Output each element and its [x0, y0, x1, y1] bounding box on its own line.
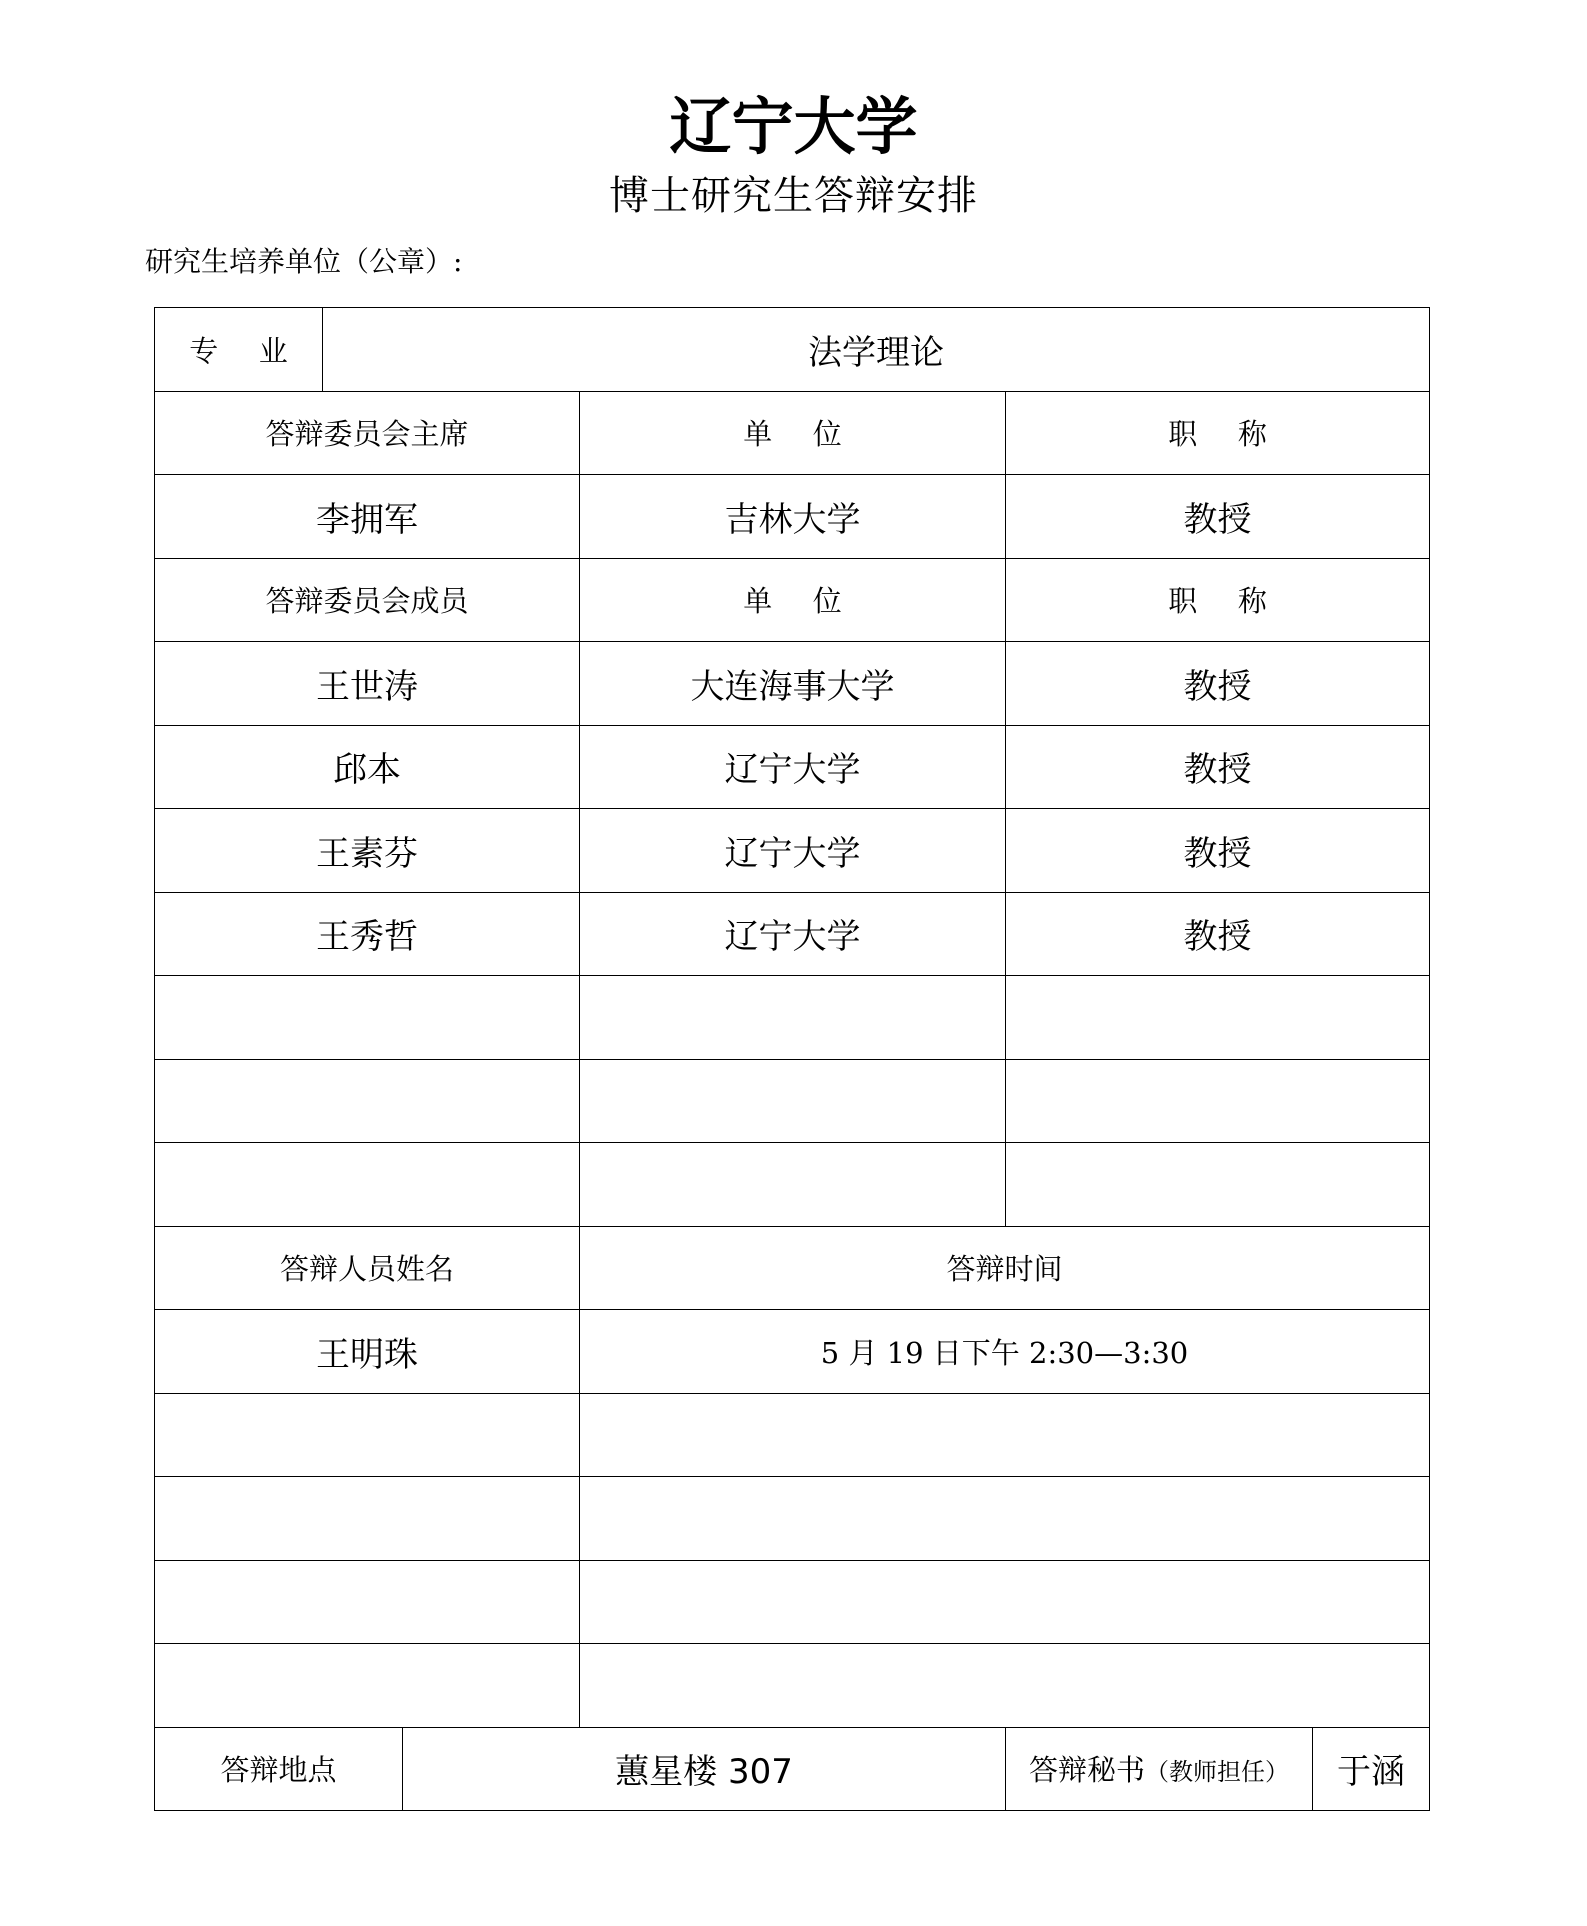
unit-header-a: 单 — [743, 417, 772, 451]
members-title-header: 职称 — [1006, 558, 1430, 642]
defense-arrangement-table: 专业 法学理论 答辩委员会主席 单位 职称 李拥军 吉林大学 教授 答辩委员会成… — [154, 307, 1430, 1811]
member-title — [1006, 976, 1430, 1060]
secretary-label: 答辩秘书（教师担任） — [1006, 1727, 1313, 1811]
member-name — [155, 1143, 580, 1227]
chair-unit: 吉林大学 — [580, 475, 1006, 559]
candidate-name — [155, 1560, 580, 1644]
location-value: 蕙星楼 307 — [403, 1727, 1006, 1811]
member-title: 教授 — [1006, 725, 1430, 809]
member-row-empty — [155, 976, 1430, 1060]
member-title: 教授 — [1006, 642, 1430, 726]
member-name: 王素芬 — [155, 809, 580, 893]
defense-time — [580, 1477, 1430, 1561]
member-title: 教授 — [1006, 892, 1430, 976]
candidates-header-row: 答辩人员姓名 答辩时间 — [155, 1226, 1430, 1310]
major-label-b: 业 — [259, 334, 288, 368]
defense-time-header: 答辩时间 — [580, 1226, 1430, 1310]
candidate-row-empty — [155, 1477, 1430, 1561]
major-row: 专业 法学理论 — [155, 308, 1430, 392]
candidate-row: 王明珠 5 月 19 日下午 2:30—3:30 — [155, 1310, 1430, 1394]
member-row-empty — [155, 1143, 1430, 1227]
secretary-label-text: 答辩秘书 — [1029, 1753, 1145, 1787]
candidate-row-empty — [155, 1560, 1430, 1644]
member-unit: 辽宁大学 — [580, 892, 1006, 976]
member-row: 王世涛 大连海事大学 教授 — [155, 642, 1430, 726]
chair-title-header: 职称 — [1006, 391, 1430, 475]
defense-time — [580, 1560, 1430, 1644]
title-header-a: 职 — [1168, 417, 1197, 451]
candidate-row-empty — [155, 1644, 1430, 1728]
members-unit-header: 单位 — [580, 558, 1006, 642]
member-unit: 辽宁大学 — [580, 809, 1006, 893]
candidate-name-header: 答辩人员姓名 — [155, 1226, 580, 1310]
footer-row: 答辩地点 蕙星楼 307 答辩秘书（教师担任） 于涵 — [155, 1727, 1430, 1811]
title-header-b: 称 — [1238, 584, 1267, 618]
candidate-name — [155, 1644, 580, 1728]
member-unit: 大连海事大学 — [580, 642, 1006, 726]
chair-unit-header: 单位 — [580, 391, 1006, 475]
location-room: 307 — [728, 1752, 793, 1792]
member-row: 王素芬 辽宁大学 教授 — [155, 809, 1430, 893]
member-row: 邱本 辽宁大学 教授 — [155, 725, 1430, 809]
document-subtitle: 博士研究生答辩安排 — [0, 170, 1587, 222]
title-header-b: 称 — [1238, 417, 1267, 451]
chair-name: 李拥军 — [155, 475, 580, 559]
member-unit — [580, 976, 1006, 1060]
member-name: 邱本 — [155, 725, 580, 809]
major-label-cell: 专业 — [155, 308, 323, 392]
member-title — [1006, 1059, 1430, 1143]
title-header-a: 职 — [1168, 584, 1197, 618]
major-label-a: 专 — [189, 334, 218, 368]
major-value: 法学理论 — [808, 333, 944, 373]
member-row-empty — [155, 1059, 1430, 1143]
defense-time: 5 月 19 日下午 2:30—3:30 — [580, 1310, 1430, 1394]
member-title — [1006, 1143, 1430, 1227]
unit-header-b: 位 — [813, 417, 842, 451]
chair-role-header: 答辩委员会主席 — [155, 391, 580, 475]
location-label: 答辩地点 — [155, 1727, 403, 1811]
university-title: 辽宁大学 — [0, 88, 1587, 166]
candidate-name — [155, 1393, 580, 1477]
candidate-name — [155, 1477, 580, 1561]
defense-time — [580, 1644, 1430, 1728]
training-unit-label: 研究生培养单位（公章）: — [145, 244, 462, 280]
candidate-name: 王明珠 — [155, 1310, 580, 1394]
member-name — [155, 976, 580, 1060]
member-name: 王世涛 — [155, 642, 580, 726]
chair-header-row: 答辩委员会主席 单位 职称 — [155, 391, 1430, 475]
secretary-value: 于涵 — [1313, 1727, 1430, 1811]
location-building: 蕙星楼 — [615, 1752, 717, 1792]
unit-header-a: 单 — [743, 584, 772, 618]
secretary-note: （教师担任） — [1145, 1758, 1289, 1786]
chair-title: 教授 — [1006, 475, 1430, 559]
candidate-row-empty — [155, 1393, 1430, 1477]
member-row: 王秀哲 辽宁大学 教授 — [155, 892, 1430, 976]
member-name — [155, 1059, 580, 1143]
chair-row: 李拥军 吉林大学 教授 — [155, 475, 1430, 559]
unit-header-b: 位 — [813, 584, 842, 618]
major-value-cell: 法学理论 — [323, 308, 1430, 392]
member-unit — [580, 1059, 1006, 1143]
member-name: 王秀哲 — [155, 892, 580, 976]
members-header-row: 答辩委员会成员 单位 职称 — [155, 558, 1430, 642]
member-unit: 辽宁大学 — [580, 725, 1006, 809]
member-unit — [580, 1143, 1006, 1227]
member-title: 教授 — [1006, 809, 1430, 893]
members-role-header: 答辩委员会成员 — [155, 558, 580, 642]
defense-time — [580, 1393, 1430, 1477]
